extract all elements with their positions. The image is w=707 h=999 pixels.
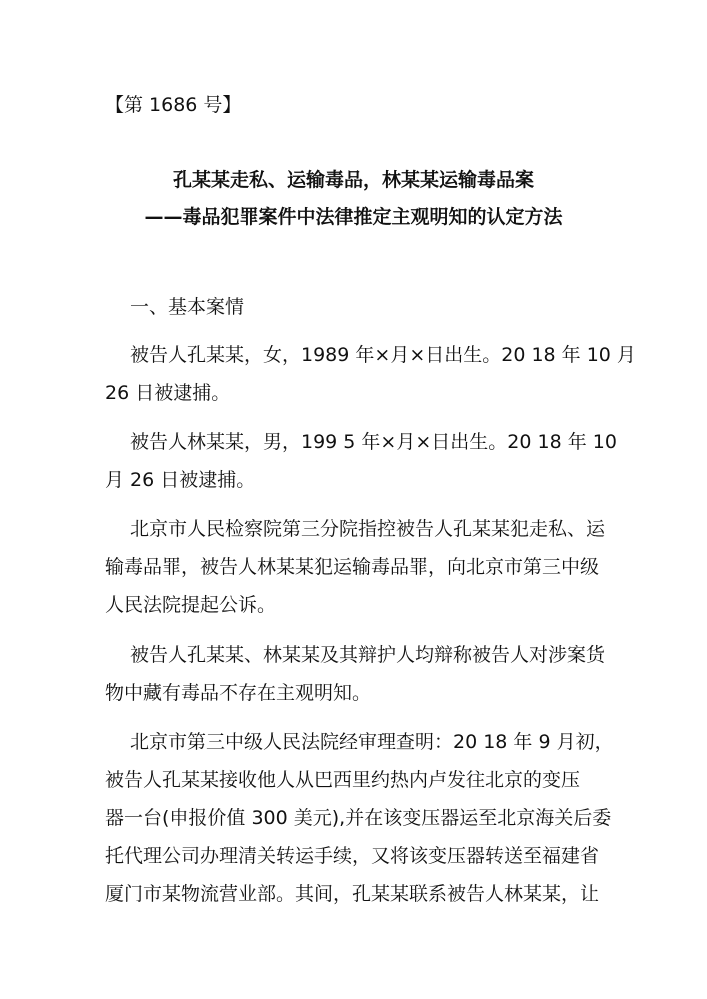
- paragraph-line: 人民法院提起公诉。: [105, 590, 276, 620]
- document-subtitle: ——毒品犯罪案件中法律推定主观明知的认定方法: [0, 202, 707, 232]
- paragraph-line: 器一台(申报价值 300 美元),并在该变压器运至北京海关后委: [105, 803, 611, 833]
- case-number: 【第 1686 号】: [105, 90, 241, 120]
- document-title: 孔某某走私、运输毒品，林某某运输毒品案: [0, 165, 707, 195]
- paragraph-line: 输毒品罪，被告人林某某犯运输毒品罪，向北京市第三中级: [105, 552, 599, 582]
- paragraph-line: 月 26 日被逮捕。: [105, 465, 255, 495]
- paragraph-line: 被告人孔某某，女，1989 年×月×日出生。20 18 年 10 月: [130, 340, 636, 370]
- section-heading-basic-facts: 一、基本案情: [130, 292, 244, 322]
- paragraph-line: 北京市第三中级人民法院经审理查明：20 18 年 9 月初，: [130, 727, 614, 757]
- paragraph-line: 被告人林某某，男，199 5 年×月×日出生。20 18 年 10: [130, 427, 617, 457]
- paragraph-line: 厦门市某物流营业部。其间，孔某某联系被告人林某某，让: [105, 879, 599, 909]
- paragraph-line: 托代理公司办理清关转运手续，又将该变压器转送至福建省: [105, 841, 599, 871]
- paragraph-line: 北京市人民检察院第三分院指控被告人孔某某犯走私、运: [130, 514, 605, 544]
- paragraph-line: 被告人孔某某接收他人从巴西里约热内卢发往北京的变压: [105, 765, 580, 795]
- paragraph-line: 26 日被逮捕。: [105, 378, 230, 408]
- paragraph-line: 被告人孔某某、林某某及其辩护人均辩称被告人对涉案货: [130, 640, 605, 670]
- document-page: 【第 1686 号】 孔某某走私、运输毒品，林某某运输毒品案 ——毒品犯罪案件中…: [0, 0, 707, 999]
- paragraph-line: 物中藏有毒品不存在主观明知。: [105, 678, 371, 708]
